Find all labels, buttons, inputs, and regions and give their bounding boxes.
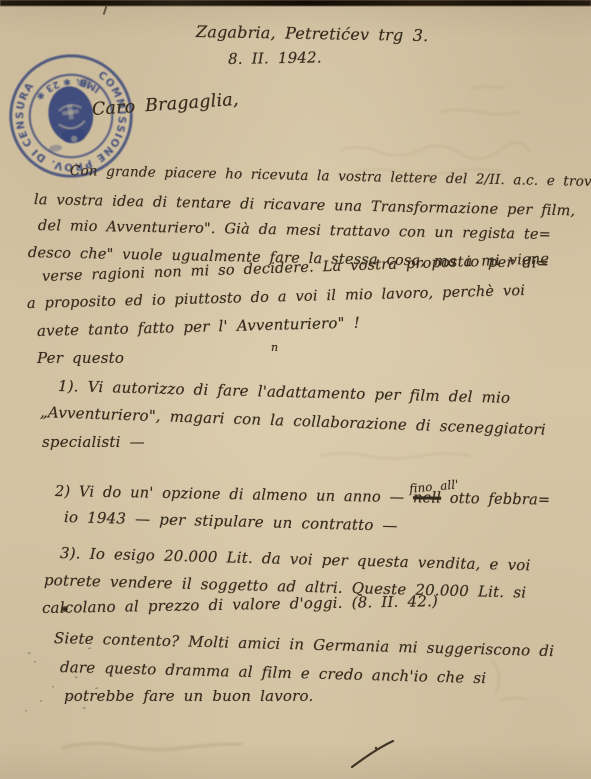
letter-scan: COMMISSIONE PROV. DI CENSURA IMB. ✱ 23 ✱… [0,0,591,779]
pen-flourish [352,741,393,767]
pencil-specks [25,647,98,711]
bleed-through-marks [320,87,530,701]
paper-marks-overlay [0,0,591,779]
bleed-through-bottom [62,743,242,749]
